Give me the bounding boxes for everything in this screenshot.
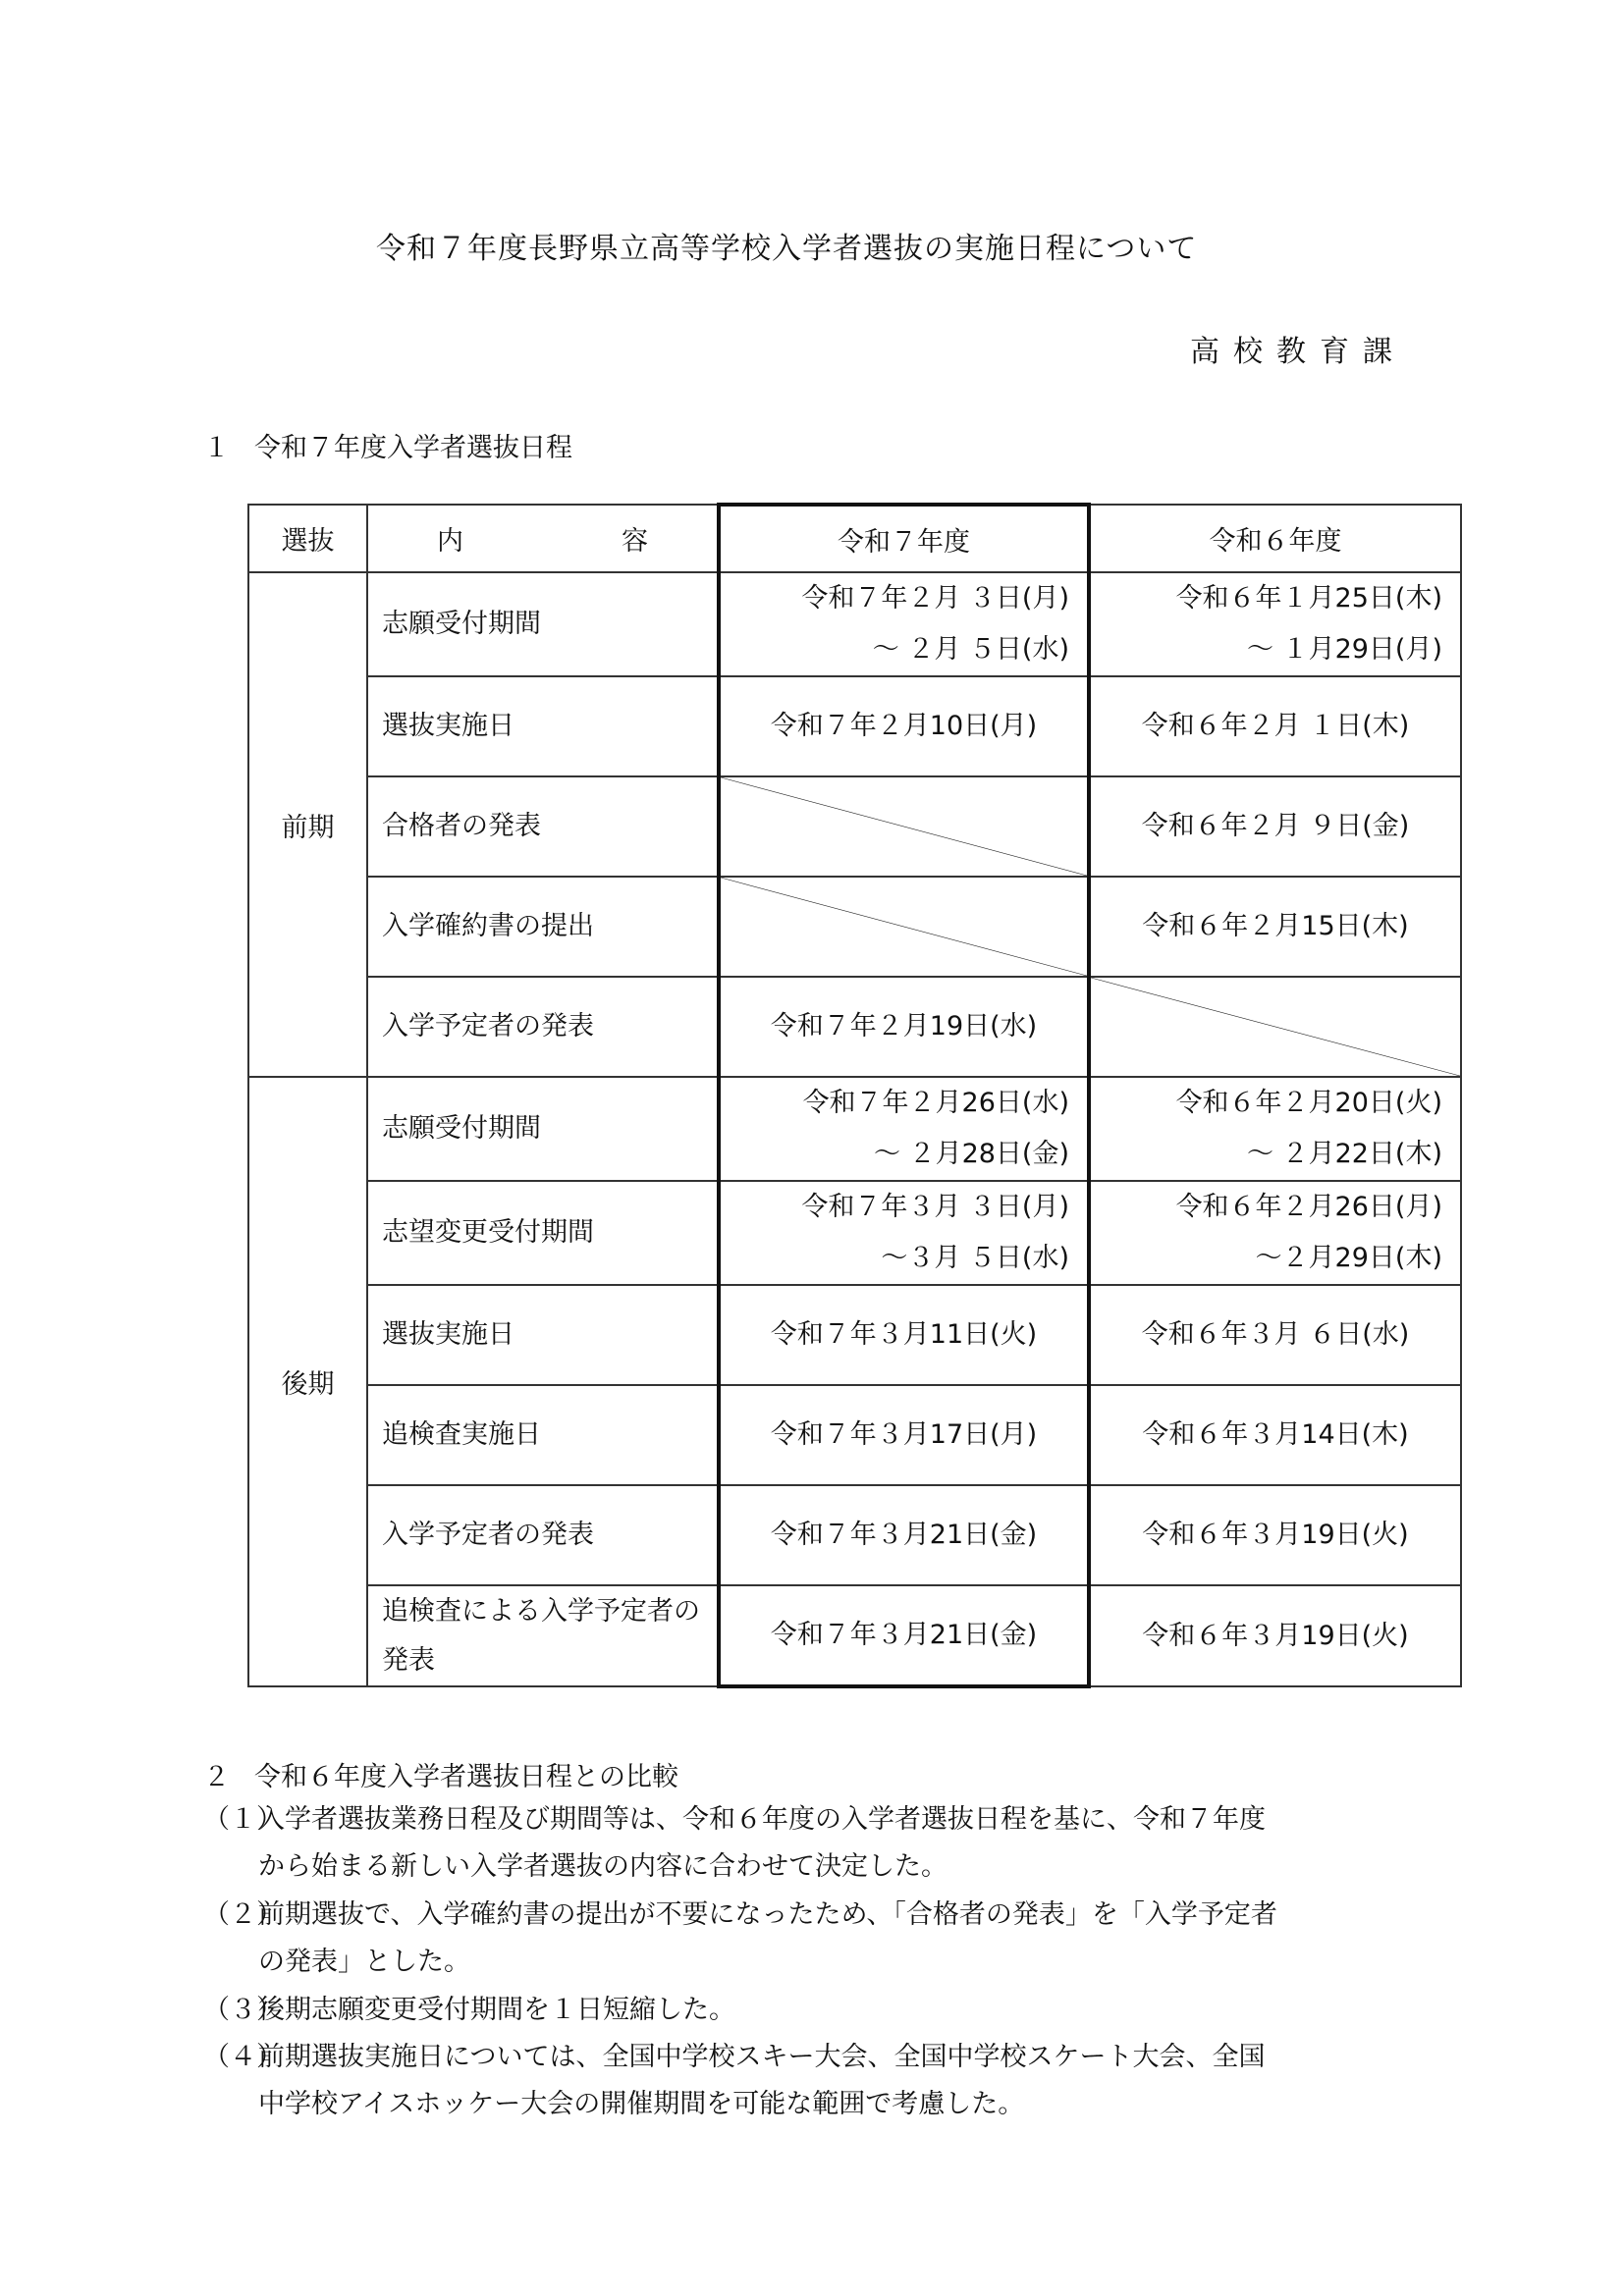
r6-date: 令和６年２月20日(火) ～ ２月22日(木) [1091,1078,1460,1180]
header-r6: 令和６年度 [1089,505,1461,572]
group-label-zenki: 前期 [248,572,367,1077]
row-item: 志願受付期間 [367,572,719,676]
item-text-line1: 後期志願変更受付期間を１日短縮した。 [258,1995,735,2025]
r7-date: 令和７年３月21日(金) [721,1510,1087,1561]
r7-date: 令和７年２月26日(水) ～ ２月28日(金) [721,1078,1087,1180]
r6-date: 令和６年１月25日(木) ～ １月29日(月) [1091,573,1460,675]
r6-date: 令和６年３月19日(火) [1091,1611,1460,1662]
schedule-table: 選抜 内容 令和７年度 令和６年度 前期 志願受付期間 令和７年２月 ３日(月)… [247,503,1462,1688]
table-row: 入学予定者の発表 令和７年２月19日(水) [248,977,1461,1077]
comparison-item-2: （２）前期選抜で、入学確約書の提出が不要になったため、「合格者の発表」を「入学予… [203,1892,1470,1986]
section1-title: 令和７年度入学者選抜日程 [254,433,572,463]
table-row: 志望変更受付期間 令和７年３月 ３日(月) ～３月 ５日(水) 令和６年２月26… [248,1181,1461,1285]
header-content: 内容 [367,505,719,572]
item-text-line2: の発表」とした。 [203,1939,1470,1986]
r7-date: 令和７年２月10日(月) [721,701,1087,752]
table-row: 追検査による入学予定者の発表 令和７年３月21日(金) 令和６年３月19日(火) [248,1585,1461,1686]
row-item: 入学確約書の提出 [367,877,719,977]
comparison-item-4: （４）前期選抜実施日については、全国中学校スキー大会、全国中学校スケート大会、全… [203,2034,1470,2128]
row-item: 選抜実施日 [367,676,719,776]
section2-title: 令和６年度入学者選抜日程との比較 [254,1762,678,1792]
r6-date: 令和６年２月26日(月) ～２月29日(木) [1091,1182,1460,1284]
r6-date: 令和６年３月19日(火) [1091,1510,1460,1561]
empty-cell-diagonal [719,776,1089,877]
section2-heading: ２令和６年度入学者選抜日程との比較 [203,1755,678,1793]
r6-date: 令和６年３月 ６日(水) [1091,1309,1460,1361]
row-item: 追検査実施日 [367,1385,719,1485]
diagonal-slash-icon [1091,978,1460,1076]
r6-date: 令和６年２月15日(木) [1091,901,1460,952]
table-row: 入学予定者の発表 令和７年３月21日(金) 令和６年３月19日(火) [248,1485,1461,1585]
header-content-left: 内 [437,519,463,558]
item-text-line1: 前期選抜で、入学確約書の提出が不要になったため、「合格者の発表」を「入学予定者 [258,1899,1277,1930]
table-row: 選抜実施日 令和７年２月10日(月) 令和６年２月 １日(木) [248,676,1461,776]
empty-cell-diagonal [719,877,1089,977]
item-label: （４） [203,2034,258,2081]
row-item: 追検査による入学予定者の発表 [367,1585,719,1686]
section2-number: ２ [203,1755,254,1793]
section1-heading: １令和７年度入学者選抜日程 [203,426,572,464]
table-row: 後期 志願受付期間 令和７年２月26日(水) ～ ２月28日(金) 令和６年２月… [248,1077,1461,1181]
r7-date: 令和７年３月17日(月) [721,1410,1087,1461]
table-row: 合格者の発表 令和６年２月 ９日(金) [248,776,1461,877]
item-text-line1: 入学者選抜業務日程及び期間等は、令和６年度の入学者選抜日程を基に、令和７年度 [258,1804,1266,1835]
document-title: 令和７年度長野県立高等学校入学者選抜の実施日程について [376,224,1197,267]
table-row: 前期 志願受付期間 令和７年２月 ３日(月) ～ ２月 ５日(水) 令和６年１月… [248,572,1461,676]
table-header-row: 選抜 内容 令和７年度 令和６年度 [248,505,1461,572]
r6-date: 令和６年２月 ９日(金) [1091,801,1460,852]
row-item: 選抜実施日 [367,1285,719,1385]
header-selection: 選抜 [248,505,367,572]
item-label: （１） [203,1796,258,1843]
item-text-line2: 中学校アイスホッケー大会の開催期間を可能な範囲で考慮した。 [203,2081,1470,2128]
row-item: 入学予定者の発表 [367,977,719,1077]
diagonal-slash-icon [721,878,1087,976]
row-item: 合格者の発表 [367,776,719,877]
r7-date: 令和７年３月 ３日(月) ～３月 ５日(水) [721,1182,1087,1284]
r7-date: 令和７年３月21日(金) [721,1610,1087,1661]
comparison-item-3: （３）後期志願変更受付期間を１日短縮した。 [203,1987,1470,2034]
section1-number: １ [203,426,254,464]
r7-date: 令和７年３月11日(火) [721,1309,1087,1361]
item-text-line1: 前期選抜実施日については、全国中学校スキー大会、全国中学校スケート大会、全国 [258,2042,1265,2072]
diagonal-slash-icon [721,777,1087,876]
row-item: 志望変更受付期間 [367,1181,719,1285]
table-row: 選抜実施日 令和７年３月11日(火) 令和６年３月 ６日(水) [248,1285,1461,1385]
header-r7: 令和７年度 [719,505,1089,572]
empty-cell-diagonal [1089,977,1461,1077]
comparison-item-1: （１）入学者選抜業務日程及び期間等は、令和６年度の入学者選抜日程を基に、令和７年… [203,1796,1470,1891]
row-item: 入学予定者の発表 [367,1485,719,1585]
row-item: 志願受付期間 [367,1077,719,1181]
header-content-right: 容 [622,519,648,558]
department-name: 高校教育課 [1190,327,1406,370]
r7-date: 令和７年２月19日(水) [721,1001,1087,1052]
item-label: （２） [203,1892,258,1939]
table-row: 入学確約書の提出 令和６年２月15日(木) [248,877,1461,977]
r7-date: 令和７年２月 ３日(月) ～ ２月 ５日(水) [721,573,1087,675]
r6-date: 令和６年２月 １日(木) [1091,701,1460,752]
item-label: （３） [203,1987,258,2034]
r6-date: 令和６年３月14日(木) [1091,1410,1460,1461]
group-label-kouki: 後期 [248,1077,367,1686]
item-text-line2: から始まる新しい入学者選抜の内容に合わせて決定した。 [203,1843,1470,1891]
table-row: 追検査実施日 令和７年３月17日(月) 令和６年３月14日(木) [248,1385,1461,1485]
